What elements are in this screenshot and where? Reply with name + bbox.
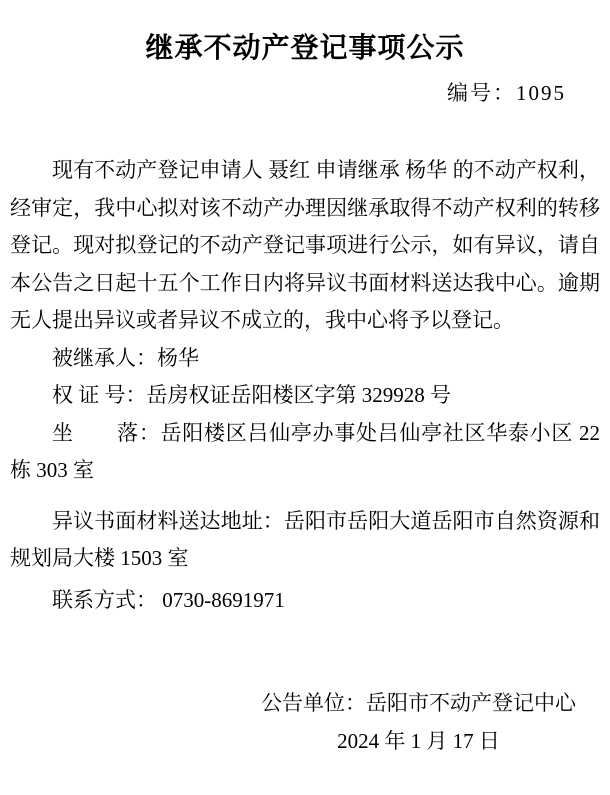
page-title: 继承不动产登记事项公示 [0,30,610,66]
field-contact: 联系方式： 0730-8691971 [10,582,600,620]
notice-document: 继承不动产登记事项公示 编号：1095 现有不动产登记申请人 聂红 申请继承 杨… [0,0,610,795]
field-heir-value: 杨华 [157,346,199,370]
field-objection-address: 异议书面材料送达地址：岳阳市岳阳大道岳阳市自然资源和规划局大楼 1503 室 [10,503,600,578]
field-location-label: 坐 落： [52,421,161,445]
notice-footer: 公告单位：岳阳市不动产登记中心 2024 年 1 月 17 日 [261,685,576,760]
field-certificate-number-value: 岳房权证岳阳楼区字第 329928 号 [147,383,452,407]
notice-body: 现有不动产登记申请人 聂红 申请继承 杨华 的不动产权利，经审定，我中心拟对该不… [10,152,600,760]
issuing-authority: 公告单位：岳阳市不动产登记中心 [261,685,576,723]
field-certificate-number-label: 权 证 号： [52,383,147,407]
intro-paragraph: 现有不动产登记申请人 聂红 申请继承 杨华 的不动产权利，经审定，我中心拟对该不… [10,152,600,340]
field-certificate-number: 权 证 号：岳房权证岳阳楼区字第 329928 号 [10,377,600,415]
field-contact-value: 0730-8691971 [162,588,285,612]
field-heir-label: 被继承人： [52,346,157,370]
field-contact-label: 联系方式： [52,588,162,612]
field-heir: 被继承人：杨华 [10,340,600,378]
document-number: 编号：1095 [0,78,610,108]
field-objection-address-label: 异议书面材料送达地址： [52,509,284,533]
issue-date: 2024 年 1 月 17 日 [261,723,576,761]
field-location: 坐 落：岳阳楼区吕仙亭办事处吕仙亭社区华泰小区 22 栋 303 室 [10,415,600,490]
